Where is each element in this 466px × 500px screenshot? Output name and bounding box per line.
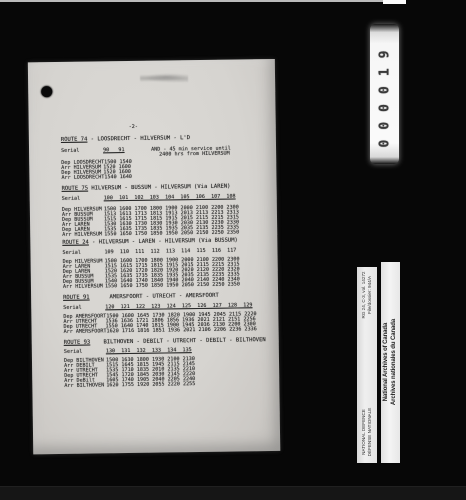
film-counter-digits: 000019 [377, 41, 392, 148]
row-times: 1550 1650 1750 1850 1950 2050 2150 2250 … [105, 281, 240, 289]
archives-line-fr: Archives nationales du Canada [391, 319, 399, 405]
microfilm-frame: -2- ROUTE 74 - LOOSDRECHT - HILVERSUM - … [0, 0, 466, 500]
route-75-number: ROUTE 75 [62, 186, 89, 192]
archives-label-strip: National Archives of Canada Archives nat… [381, 262, 400, 463]
route-24-number: ROUTE 24 [62, 240, 89, 246]
row-label: Arr LOOSDRECHT [61, 175, 104, 181]
route-93-serials: 130 131 132 133 134 135 [106, 347, 192, 354]
route-75-serial-row: Serial100 101 102 103 104 105 106 107 10… [62, 195, 236, 202]
route-74-title: ROUTE 74 - LOOSDRECHT - HILVERSUM - L'D [61, 136, 190, 143]
serial-label: Serial [64, 349, 106, 355]
reference-label-strip: RG 24, C-3, vol. 14272 File/dossier: 944… [357, 267, 377, 463]
serial-label: Serial [62, 196, 104, 202]
route-24-stations: - HILVERSUM - LAREN - HILVERSUM (Via BUS… [89, 237, 238, 245]
route-93-title: ROUTE 93 BILTHOVEN - DEBILT - UTRECHT - … [64, 338, 266, 346]
row-times: 1540 1640 [104, 174, 132, 180]
route-74-service-note-2: 2400 hrs from HILVERSUM [159, 152, 230, 158]
route-75-title: ROUTE 75 HILVERSUM - BUSSUM - HILVERSUM … [62, 185, 231, 192]
route-24-title: ROUTE 24 - HILVERSUM - LAREN - HILVERSUM… [62, 238, 238, 245]
table-row: Arr AMERSFOORT1620 1716 1816 1851 1936 2… [64, 327, 257, 335]
route-91-number: ROUTE 91 [63, 295, 90, 301]
route-74-serials: 90 91 [103, 147, 125, 153]
table-row: Arr BILTHOVEN1620 1755 1920 2055 2220 22… [64, 382, 195, 389]
route-93-stations: BILTHOVEN - DEBILT - UTRECHT - DEBILT - … [90, 337, 266, 345]
route-24-serials: 109 110 111 112 113 114 115 116 117 [104, 248, 236, 256]
route-93-serial-row: Serial130 131 132 133 134 135 [64, 348, 192, 355]
route-75-serials: 100 101 102 103 104 105 106 107 108 [104, 194, 236, 202]
route-91-stations: AMERSFOORT - UTRECHT - AMERSFOORT [90, 293, 219, 301]
table-row: Arr HILVERSUM1550 1650 1750 1850 1950 20… [62, 230, 239, 237]
film-edge-line [0, 0, 388, 2]
department-line-2: DÉFENSE NATIONALE [367, 408, 373, 457]
row-label: Arr AMERSFOORT [64, 329, 107, 335]
reference-text: RG 24, C-3, vol. 14272 File/dossier: 944… [361, 272, 373, 319]
row-label: Arr HILVERSUM [63, 284, 105, 290]
route-93-number: ROUTE 93 [64, 340, 91, 346]
row-times: 1550 1650 1750 1850 1950 2050 2150 2250 … [104, 229, 239, 237]
department-text: NATIONAL DEFENCE DÉFENSE NATIONALE [361, 408, 373, 457]
row-label: Arr HILVERSUM [62, 232, 104, 238]
page-number: -2- [129, 125, 138, 130]
reference-line-2: File/dossier: 944/A [367, 272, 373, 319]
route-91-serials: 120 121 122 123 124 125 126 127 128 129 [105, 302, 252, 310]
route-74-serial-row: Serial90 91AND - 45 min service until [61, 148, 125, 154]
route-91-serial-row: Serial120 121 122 123 124 125 126 127 12… [63, 303, 252, 311]
table-row: Arr LOOSDRECHT1540 1640 [61, 175, 132, 181]
punch-hole [41, 86, 52, 97]
route-75-stations: HILVERSUM - BUSSUM - HILVERSUM (Via LARE… [88, 184, 230, 192]
serial-label: Serial [61, 148, 103, 154]
film-edge-tab [383, 0, 406, 4]
row-times: 1620 1755 1920 2055 2220 2255 [106, 381, 195, 388]
route-74-number: ROUTE 74 [61, 137, 88, 143]
serial-label: Serial [62, 250, 104, 256]
route-24-serial-row: Serial109 110 111 112 113 114 115 116 11… [62, 249, 236, 256]
document-page: -2- ROUTE 74 - LOOSDRECHT - HILVERSUM - … [28, 59, 280, 454]
route-74-stations: - LOOSDRECHT - HILVERSUM - L'D [87, 135, 190, 142]
film-counter-strip: 000019 [370, 24, 399, 164]
row-times: 1620 1716 1816 1851 1936 2021 2106 2206 … [106, 326, 256, 334]
row-label: Arr BILTHOVEN [64, 383, 106, 389]
archives-line-en: National Archives of Canada [383, 319, 391, 405]
pencil-marks [140, 73, 188, 83]
table-row: Arr HILVERSUM1550 1650 1750 1850 1950 20… [63, 282, 240, 289]
archives-text: National Archives of Canada Archives nat… [383, 319, 399, 405]
route-91-title: ROUTE 91 AMERSFOORT - UTRECHT - AMERSFOO… [63, 294, 219, 301]
serial-label: Serial [63, 305, 105, 311]
film-bottom-band [0, 486, 466, 500]
